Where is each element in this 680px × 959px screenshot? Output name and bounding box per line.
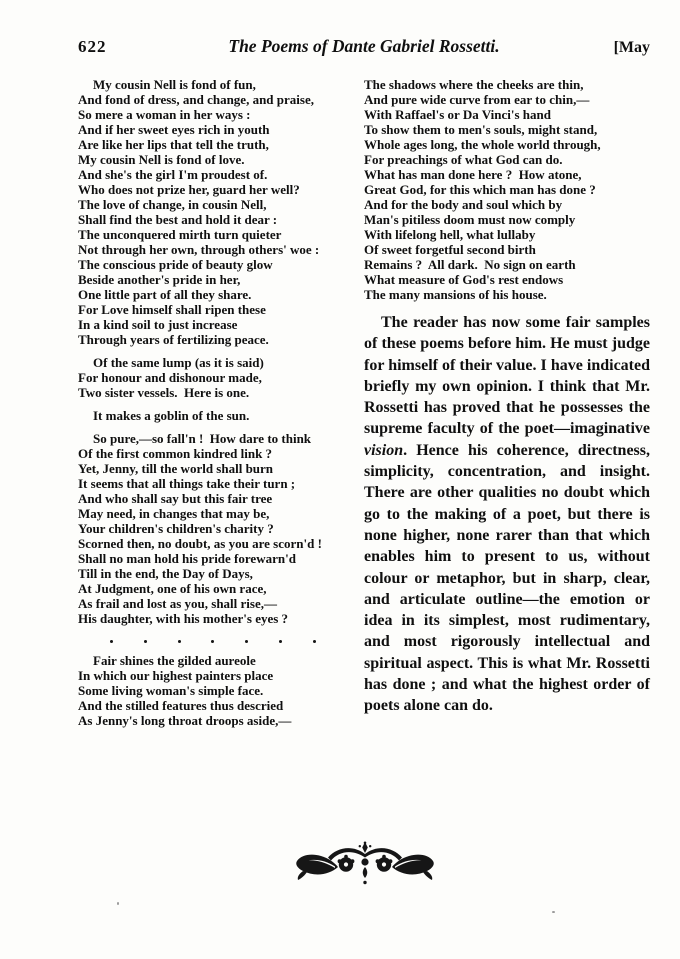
poem-line: What measure of God's rest endows [364,272,650,287]
poem-line: And for the body and soul which by [364,197,650,212]
poem-stanza: The shadows where the cheeks are thin,An… [364,77,650,302]
poem-stanza: Fair shines the gilded aureoleIn which o… [78,653,360,728]
poem-line: The conscious pride of beauty glow [78,257,360,272]
separator-dot [178,640,181,643]
poem-line: Are like her lips that tell the truth, [78,137,360,152]
poem-line: The unconquered mirth turn quieter [78,227,360,242]
prose-text: The reader has now some fair samples of … [364,314,650,437]
poem-stanza: My cousin Nell is fond of fun,And fond o… [78,77,360,347]
poem-line: Fair shines the gilded aureole [78,653,360,668]
poem-line: And if her sweet eyes rich in youth [78,122,360,137]
poem-line: With Raffael's or Da Vinci's hand [364,107,650,122]
running-title: The Poems of Dante Gabriel Rossetti. [148,36,580,57]
separator-dot [211,640,214,643]
verse-break-dots [110,634,316,648]
poem-line: My cousin Nell is fond of fun, [78,77,360,92]
poem-line: Shall no man hold his pride forewarn'd [78,551,360,566]
poem-line: The shadows where the cheeks are thin, [364,77,650,92]
poem-line: For Love himself shall ripen these [78,302,360,317]
issue-month: [May [580,39,650,57]
poem-line: Scorned then, no doubt, as you are scorn… [78,536,360,551]
poem-line: As Jenny's long throat droops aside,— [78,713,360,728]
poem-line: Whole ages long, the whole world through… [364,137,650,152]
running-head: 622 The Poems of Dante Gabriel Rossetti.… [78,36,650,57]
left-column: My cousin Nell is fond of fun,And fond o… [78,77,360,736]
poem-line: As frail and lost as you, shall rise,— [78,596,360,611]
poem-line: Some living woman's simple face. [78,683,360,698]
poem-line: My cousin Nell is fond of love. [78,152,360,167]
poem-line: With lifelong hell, what lullaby [364,227,650,242]
poem-line: It makes a goblin of the sun. [78,408,360,423]
poem-line: And she's the girl I'm proudest of. [78,167,360,182]
poem-line: Of the first common kindred link ? [78,446,360,461]
right-column: The shadows where the cheeks are thin,An… [364,77,650,736]
poem-line: The many mansions of his house. [364,287,650,302]
poem-line: In which our highest painters place [78,668,360,683]
poem-line: Till in the end, the Day of Days, [78,566,360,581]
page-number: 622 [78,37,148,57]
poem-line: What has man done here ? How atone, [364,167,650,182]
poem-stanza: So pure,—so fall'n ! How dare to thinkOf… [78,431,360,626]
poem-line: Great God, for this which man has done ? [364,182,650,197]
right-column-verse: The shadows where the cheeks are thin,An… [364,77,650,302]
poem-line: Your children's children's charity ? [78,521,360,536]
poem-line: Who does not prize her, guard her well? [78,182,360,197]
separator-dot [313,640,316,643]
scan-speck [117,902,119,905]
poem-line: It seems that all things take their turn… [78,476,360,491]
scan-speck [552,911,555,913]
poem-line: And pure wide curve from ear to chin,— [364,92,650,107]
poem-line: The love of change, in cousin Nell, [78,197,360,212]
book-page: 622 The Poems of Dante Gabriel Rossetti.… [0,0,680,959]
separator-dot [110,640,113,643]
poem-line: In a kind soil to just increase [78,317,360,332]
floral-ornament [295,841,435,887]
poem-line: For preachings of what God can do. [364,152,650,167]
poem-line: His daughter, with his mother's eyes ? [78,611,360,626]
poem-line: Shall find the best and hold it dear : [78,212,360,227]
text-columns: My cousin Nell is fond of fun,And fond o… [78,77,650,736]
prose-paragraph: The reader has now some fair samples of … [364,312,650,717]
poem-line: Man's pitiless doom must now comply [364,212,650,227]
separator-dot [245,640,248,643]
floral-ornament-graphic [295,841,435,887]
poem-line: For honour and dishonour made, [78,370,360,385]
poem-line: Through years of fertilizing peace. [78,332,360,347]
poem-line: At Judgment, one of his own race, [78,581,360,596]
poem-line: So mere a woman in her ways : [78,107,360,122]
poem-line: One little part of all they share. [78,287,360,302]
poem-stanza: Of the same lump (as it is said)For hono… [78,355,360,400]
prose-italic-word: vision [364,442,403,459]
poem-line: To show them to men's souls, might stand… [364,122,650,137]
poem-line: Not through her own, through others' woe… [78,242,360,257]
poem-line: May need, in changes that may be, [78,506,360,521]
poem-line: And who shall say but this fair tree [78,491,360,506]
poem-stanza: It makes a goblin of the sun. [78,408,360,423]
poem-line: Two sister vessels. Here is one. [78,385,360,400]
poem-line: And the stilled features thus descried [78,698,360,713]
poem-line: Beside another's pride in her, [78,272,360,287]
separator-dot [144,640,147,643]
poem-line: And fond of dress, and change, and prais… [78,92,360,107]
prose-text: . Hence his coherence, directness, simpl… [364,442,650,715]
poem-line: Of the same lump (as it is said) [78,355,360,370]
poem-line: Yet, Jenny, till the world shall burn [78,461,360,476]
poem-line: So pure,—so fall'n ! How dare to think [78,431,360,446]
poem-line: Of sweet forgetful second birth [364,242,650,257]
poem-line: Remains ? All dark. No sign on earth [364,257,650,272]
separator-dot [279,640,282,643]
